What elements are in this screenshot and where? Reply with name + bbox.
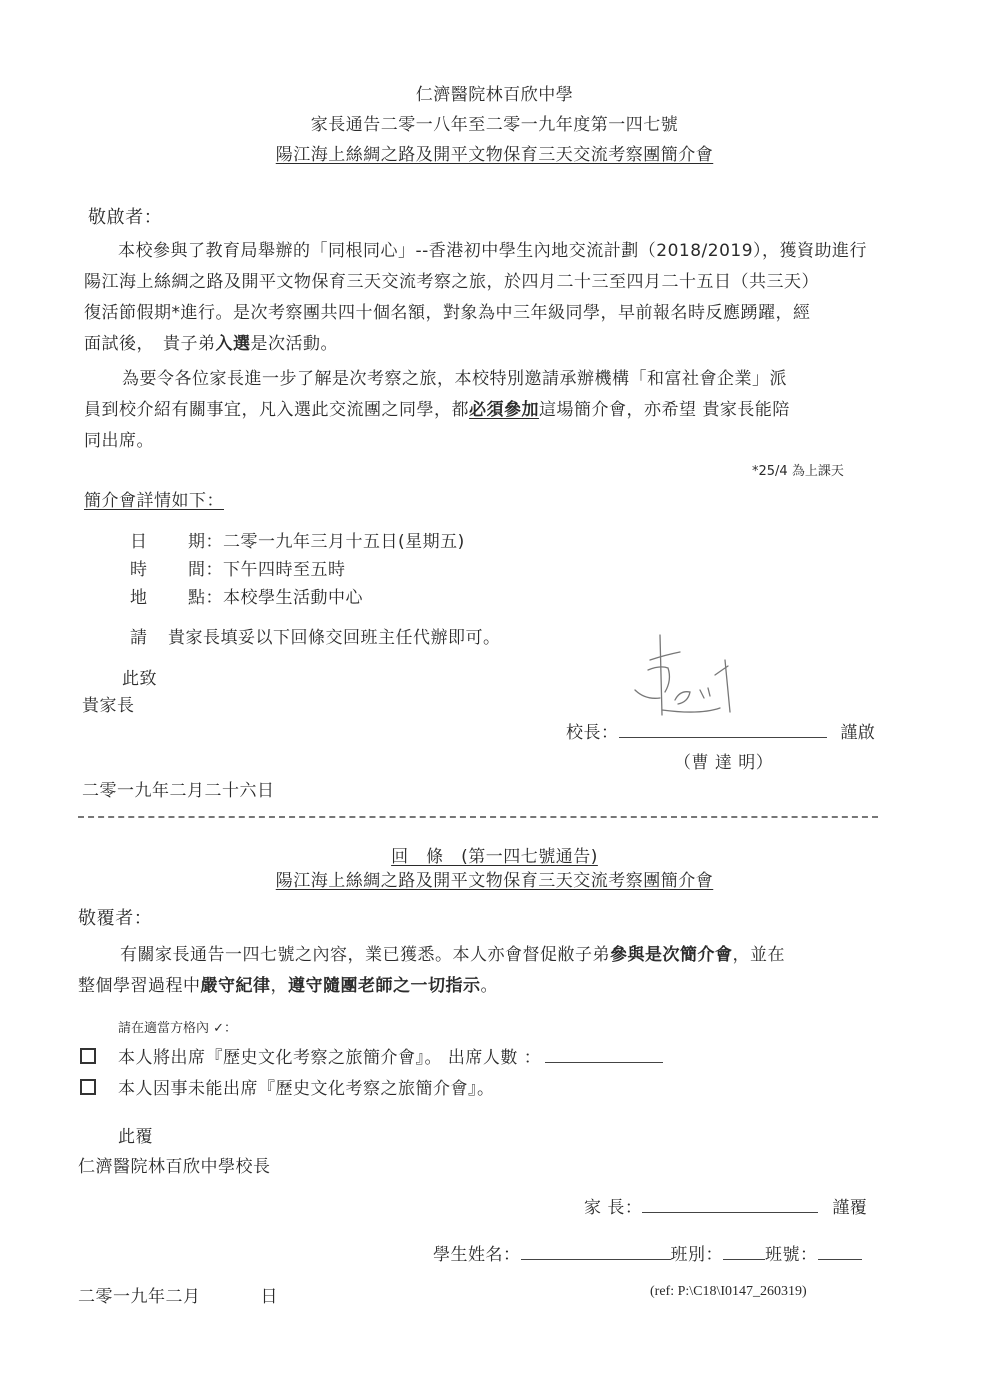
reference-code: (ref: P:\C18\I0147_260319) xyxy=(650,1284,807,1300)
option-attend[interactable]: 本人將出席『歷史文化考察之旅簡介會』。 出席人數 ： xyxy=(80,1043,663,1068)
paragraph-1-line: 本校參與了教育局舉辦的「同根同心」--香港初中學生內地交流計劃（2018/201… xyxy=(84,236,867,267)
class-number-field[interactable] xyxy=(818,1259,862,1260)
attend-checkbox[interactable] xyxy=(80,1048,96,1064)
paragraph-1-line: 陽江海上絲綢之路及開平文物保育三天交流考察之旅，於四月二十三至四月二十五日（共三… xyxy=(84,267,867,298)
principal-name: （曹 達 明） xyxy=(674,748,773,773)
details-heading: 簡介會詳情如下： xyxy=(84,486,224,511)
addressee: 貴家長 xyxy=(82,691,135,716)
option-not-attend[interactable]: 本人因事未能出席『歷史文化考察之旅簡介會』。 xyxy=(80,1074,495,1099)
paragraph-1-line: 復活節假期*進行。是次考察團共四十個名額，對象為中三年級同學，早前報名時反應踴躍… xyxy=(84,298,867,329)
salute: 此致 xyxy=(122,664,157,689)
tick-instruction: 請在適當方格內 ✓： xyxy=(118,1017,237,1036)
greeting: 敬啟者： xyxy=(88,203,162,229)
detail-venue: 地點：本校學生活動中心 xyxy=(130,583,363,608)
student-info-row: 學生姓名：班別：班號： xyxy=(433,1240,862,1265)
school-name: 仁濟醫院林百欣中學 xyxy=(0,80,989,105)
footnote: *25/4 為上課天 xyxy=(752,460,844,479)
paragraph-2-line: 員到校介紹有關事宜，凡入選此交流團之同學，都必須參加這場簡介會，亦希望 貴家長能… xyxy=(84,395,790,426)
reply-subtitle: 陽江海上絲綢之路及開平文物保育三天交流考察團簡介會 xyxy=(0,866,989,891)
signature-line xyxy=(619,737,827,738)
not-attend-checkbox[interactable] xyxy=(80,1079,96,1095)
reply-greeting: 敬覆者： xyxy=(78,904,152,930)
notice-number: 家長通告二零一八年至二零一九年度第一四七號 xyxy=(0,110,989,135)
reply-date: 二零一九年二月日 xyxy=(78,1282,278,1307)
return-request: 請貴家長填妥以下回條交回班主任代辦即可。 xyxy=(130,623,501,648)
paragraph-2: 為要令各位家長進一步了解是次考察之旅，本校特別邀請承辦機構「和富社會企業」派 員… xyxy=(84,364,790,457)
selected-emphasis: 入選 xyxy=(216,334,251,354)
paragraph-2-line: 同出席。 xyxy=(84,426,790,457)
reply-addressee: 仁濟醫院林百欣中學校長 xyxy=(78,1152,271,1177)
principal-line: 校長： 謹啟 xyxy=(566,718,875,743)
notice-date: 二零一九年二月二十六日 xyxy=(82,776,275,801)
paragraph-1: 本校參與了教育局舉辦的「同根同心」--香港初中學生內地交流計劃（2018/201… xyxy=(84,236,867,360)
reply-title: 回 條 (第一四七號通告) xyxy=(0,842,989,867)
student-name-field[interactable] xyxy=(521,1259,671,1260)
parent-signature-field[interactable] xyxy=(642,1212,818,1213)
paragraph-1-line: 面試後， 貴子弟入選是次活動。 xyxy=(84,329,867,360)
notice-title: 陽江海上絲綢之路及開平文物保育三天交流考察團簡介會 xyxy=(0,140,989,165)
reply-body: 有關家長通告一四七號之內容，業已獲悉。本人亦會督促敝子弟參與是次簡介會，並在 整… xyxy=(78,940,785,1002)
cut-line xyxy=(78,816,878,818)
paragraph-2-line: 為要令各位家長進一步了解是次考察之旅，本校特別邀請承辦機構「和富社會企業」派 xyxy=(84,364,790,395)
detail-time: 時間：下午四時至五時 xyxy=(130,555,346,580)
parent-signature-row: 家 長： 謹覆 xyxy=(584,1193,867,1218)
detail-date: 日期：二零一九年三月十五日(星期五) xyxy=(130,527,465,552)
mandatory-emphasis: 必須參加 xyxy=(469,400,539,420)
class-field[interactable] xyxy=(723,1259,765,1260)
principal-signature xyxy=(620,630,760,720)
reply-salute: 此覆 xyxy=(118,1122,153,1147)
attendee-count-field[interactable] xyxy=(545,1062,663,1063)
